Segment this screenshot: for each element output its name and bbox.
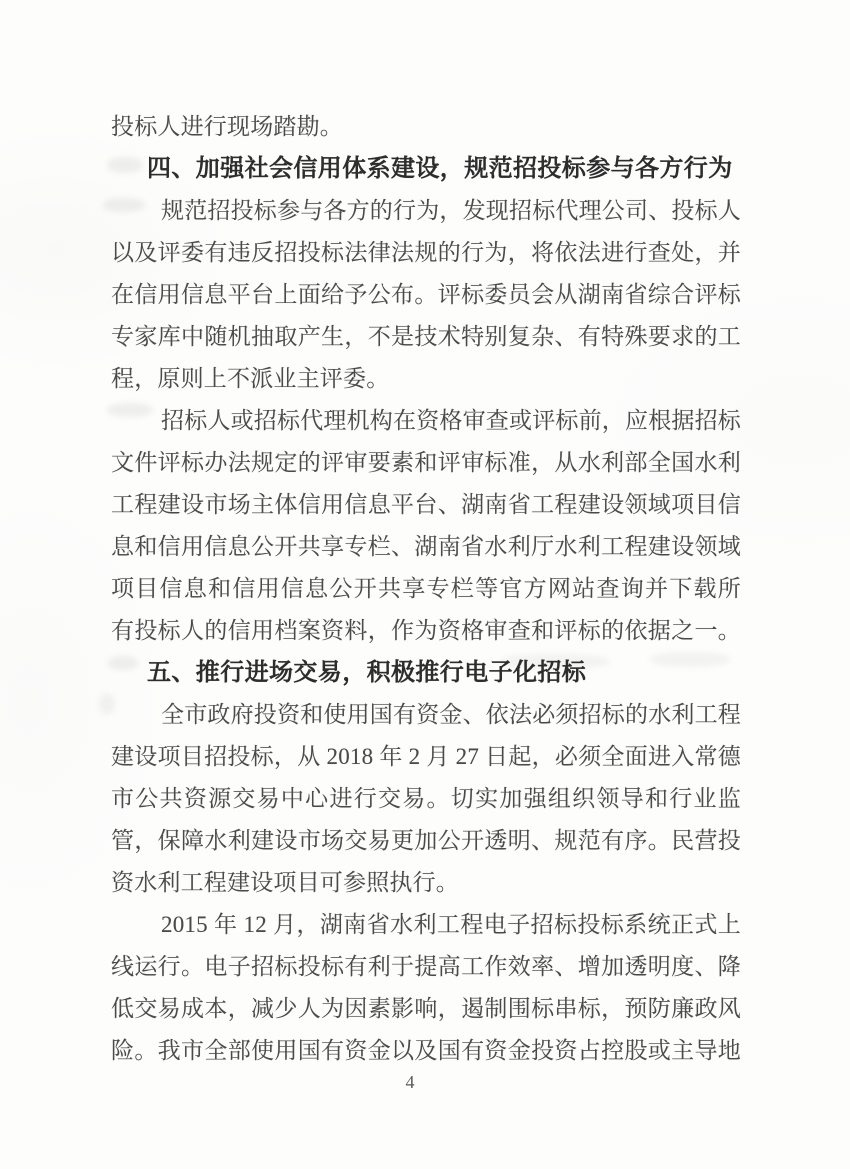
page-number: 4 (0, 1072, 820, 1093)
section-heading-5: 五、推行进场交易，积极推行电子化招标 (111, 652, 741, 694)
text-line: 有投标人的信用档案资料，作为资格审查和评标的依据之一。 (111, 610, 741, 652)
text-line: 投标人进行现场踏勘。 (111, 106, 741, 148)
text-line: 低交易成本，减少人为因素影响，遏制围标串标，预防廉政风 (111, 988, 741, 1030)
text-line: 资水利工程建设项目可参照执行。 (111, 862, 741, 904)
text-line: 管，保障水利建设市场交易更加公开透明、规范有序。民营投 (111, 820, 741, 862)
text-line: 文件评标办法规定的评审要素和评审标准，从水利部全国水利 (111, 442, 741, 484)
section-heading-4: 四、加强社会信用体系建设，规范招投标参与各方行为 (111, 148, 741, 190)
text-line: 以及评委有违反招投标法律法规的行为，将依法进行查处，并 (111, 232, 741, 274)
text-line: 建设项目招投标，从 2018 年 2 月 27 日起，必须全面进入常德 (111, 736, 741, 778)
text-line: 程，原则上不派业主评委。 (111, 358, 741, 400)
text-line: 2015 年 12 月，湖南省水利工程电子招标投标系统正式上 (111, 904, 741, 946)
text-line: 线运行。电子招标投标有利于提高工作效率、增加透明度、降 (111, 946, 741, 988)
text-line: 规范招投标参与各方的行为，发现招标代理公司、投标人 (111, 190, 741, 232)
text-line: 在信用信息平台上面给予公布。评标委员会从湖南省综合评标 (111, 274, 741, 316)
text-line: 项目信息和信用信息公开共享专栏等官方网站查询并下载所 (111, 568, 741, 610)
text-line: 全市政府投资和使用国有资金、依法必须招标的水利工程 (111, 694, 741, 736)
document-text-block: 投标人进行现场踏勘。 四、加强社会信用体系建设，规范招投标参与各方行为 规范招投… (111, 106, 741, 1072)
text-line: 工程建设市场主体信用信息平台、湖南省工程建设领域项目信 (111, 484, 741, 526)
scanned-document-page: 投标人进行现场踏勘。 四、加强社会信用体系建设，规范招投标参与各方行为 规范招投… (0, 0, 850, 1169)
text-line: 险。我市全部使用国有资金以及国有资金投资占控股或主导地 (111, 1030, 741, 1072)
text-line: 市公共资源交易中心进行交易。切实加强组织领导和行业监 (111, 778, 741, 820)
text-line: 招标人或招标代理机构在资格审查或评标前，应根据招标 (111, 400, 741, 442)
text-line: 专家库中随机抽取产生，不是技术特别复杂、有特殊要求的工 (111, 316, 741, 358)
text-line: 息和信用信息公开共享专栏、湖南省水利厅水利工程建设领域 (111, 526, 741, 568)
